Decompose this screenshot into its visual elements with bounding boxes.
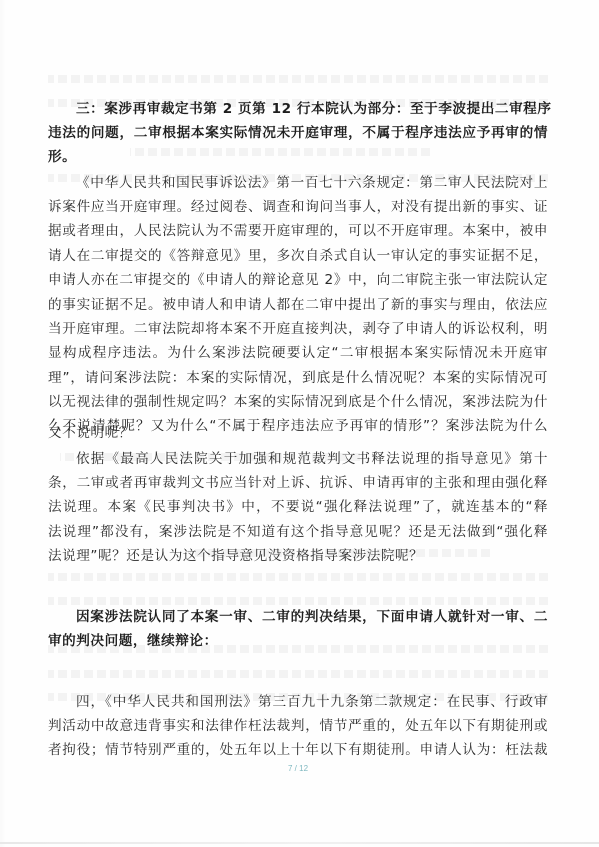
bleed-through-texture	[48, 597, 548, 605]
text-line: 违法的问题，二审根据本案实际情况未开庭审理，不属于程序违法应予再审的情	[48, 124, 548, 142]
text-line: 三：案涉再审裁定书第 2 页第 12 行本院认为部分：至于李波提出二审程序	[76, 100, 548, 118]
text-line: 以无视法律的强制性规定吗？本案的实际情况到底是个什么情况，案涉法院为什	[48, 393, 548, 411]
text-line: 理”，请问案涉法院：本案的实际情况，到底是什么情况呢？本案的实际情况可	[48, 369, 548, 387]
page-bottom-edge	[0, 842, 599, 844]
text-line: 据或者理由，人民法院认为不需要开庭审理的，可以不开庭审理。本案中，被申	[48, 222, 548, 240]
text-line: 法说理”都没有，案涉法院是不知道有这个指导意见呢？还是无法做到“强化释	[48, 523, 548, 541]
bleed-through-texture	[48, 573, 548, 581]
text-line: 依据《最高人民法院关于加强和规范裁判文书释法说理的指导意见》第十	[76, 450, 548, 468]
text-line: 《中华人民共和国民事诉讼法》第一百七十六条规定：第二审人民法院对上	[76, 174, 548, 192]
text-line: 诉案件应当开庭审理。经过阅卷、调查和询问当事人，对没有提出新的事实、证	[48, 198, 548, 216]
text-line: 者拘役；情节特别严重的，处五年以上十年以下有期徒刑。申请人认为：枉法裁	[48, 741, 548, 759]
text-line: 请人在二审提交的《答辩意见》里，多次自杀式自认一审认定的事实证据不足，	[48, 247, 548, 265]
text-line: 申请人亦在二审提交的《申请人的辩论意见 2》中，向二审院主张一审法院认定	[48, 271, 548, 289]
scan-edge-shadow	[0, 0, 6, 847]
text-line: 判活动中故意违背事实和法律作枉法裁判，情节严重的，处五年以下有期徒刑或	[48, 717, 548, 735]
text-line: 条，二审或者再审裁判文书应当针对上诉、抗诉、申请再审的主张和理由强化释	[48, 474, 548, 492]
text-line: 又不说明呢？	[48, 424, 548, 442]
text-line: 形。	[48, 148, 548, 166]
text-line: 审的判决问题，继续辩论：	[48, 632, 548, 650]
text-line: 法说理。本案《民事判决书》中，不要说“强化释法说理”了，就连基本的“释	[48, 498, 548, 516]
text-line: 的事实证据不足。被申请人和申请人都在二审中提出了新的事实与理由，依法应	[48, 296, 548, 314]
page-number: 7 / 12	[288, 764, 308, 773]
bleed-through-texture	[48, 670, 548, 678]
text-line: 当开庭审理。二审法院却将本案不开庭直接判决，剥夺了申请人的诉讼权利，明	[48, 320, 548, 338]
scanned-document-page: 三：案涉再审裁定书第 2 页第 12 行本院认为部分：至于李波提出二审程序 违法…	[0, 0, 599, 847]
text-line: 法说理”呢？还是认为这个指导意见没资格指导案涉法院呢？	[48, 547, 548, 565]
bleed-through-texture	[48, 75, 548, 83]
text-line: 四，《中华人民共和国刑法》第三百九十九条第二款规定：在民事、行政审	[76, 693, 548, 711]
text-line: 因案涉法院认同了本案一审、二审的判决结果，下面申请人就针对一审、二	[76, 608, 548, 626]
text-line: 显构成程序违法。为什么案涉法院硬要认定“二审根据本案实际情况未开庭审	[48, 344, 548, 362]
